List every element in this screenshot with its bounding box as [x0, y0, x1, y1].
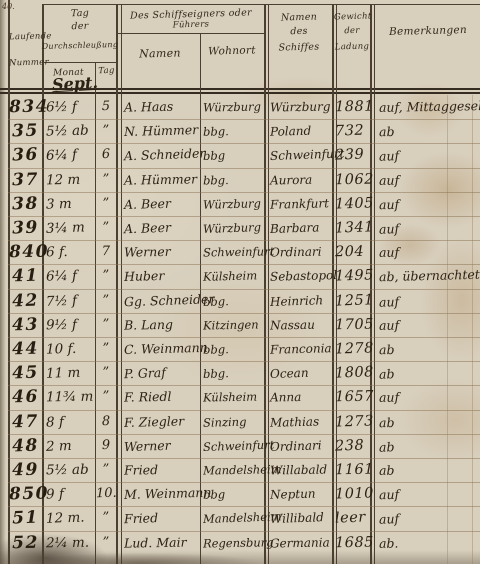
cell-bemerkung: auf [379, 385, 478, 411]
cell-wohnort: bbg. [203, 336, 264, 362]
cell-schiff: Würzburg [270, 94, 330, 119]
cell-tag: ” [96, 167, 116, 191]
cell-nr: 46 [9, 385, 42, 410]
rule-eigner-sub [116, 33, 265, 34]
cell-name: Fried [124, 505, 199, 532]
cell-zeit: 7½ f [46, 288, 95, 314]
cell-gewicht: 204 [335, 240, 369, 265]
cell-tag: ” [96, 337, 117, 362]
cell-zeit: 11¾ m [46, 385, 94, 410]
cell-tag: ” [96, 530, 116, 554]
cell-name: A. Schneider [124, 142, 199, 169]
header-tag-line1: Tag [42, 7, 118, 20]
row-divider-line [8, 168, 480, 169]
cell-bemerkung: auf [379, 312, 478, 338]
cell-tag: 5 [96, 95, 116, 119]
rule-top [42, 4, 480, 5]
cell-zeit: 6¼ f [46, 143, 95, 169]
header-sub-tag: Tag [95, 66, 118, 78]
row-divider-line [8, 385, 480, 386]
cell-tag: 7 [96, 240, 116, 264]
cell-name: Werner [124, 433, 199, 460]
cell-schiff: Barbara [270, 215, 331, 241]
cell-schiff: Willabald [270, 457, 330, 482]
cell-gewicht: 1405 [335, 191, 370, 216]
line-col3-right-a [264, 4, 266, 564]
cell-wohnort: Schweinfurt [203, 433, 264, 459]
row-divider-line [8, 192, 480, 193]
cell-nr: 850 [9, 482, 43, 507]
line-col5-right-a [370, 4, 372, 564]
cell-tag: ” [96, 458, 116, 482]
cell-wohnort: Würzburg [203, 94, 263, 119]
cell-zeit: 3 m [46, 191, 95, 216]
cell-gewicht: 1495 [335, 264, 370, 289]
cell-bemerkung: auf [379, 214, 479, 241]
row-divider-line [8, 313, 480, 314]
header-schiff-line2: des [268, 25, 330, 38]
cell-tag: ” [96, 506, 117, 531]
cell-tag: ” [96, 313, 116, 337]
cell-wohnort: Würzburg [203, 215, 264, 241]
row-divider-line [8, 434, 480, 435]
cell-tag: ” [96, 264, 117, 289]
header-bemerkungen: Bemerkungen [378, 25, 478, 39]
cell-schiff: Mathias [270, 409, 331, 435]
cell-bemerkung: ab [379, 432, 479, 459]
cell-zeit: 9½ f [46, 312, 94, 337]
cell-zeit: 6½ f [46, 95, 94, 120]
cell-tag: 6 [96, 143, 117, 168]
cell-tag: ” [96, 385, 116, 409]
cell-schiff: Franconia [270, 336, 331, 362]
cell-gewicht: 238 [335, 433, 370, 458]
line-col4-right-a [332, 4, 334, 564]
cell-bemerkung: ab [379, 118, 479, 145]
row-divider-line [8, 337, 480, 338]
cell-nr: 51 [9, 506, 43, 531]
cell-zeit: 8 f [46, 409, 95, 434]
row-divider-line [8, 361, 480, 362]
cell-tag: 10. [96, 482, 117, 507]
cell-nr: 48 [9, 433, 43, 458]
cell-schiff: Aurora [270, 167, 330, 192]
cell-tag: ” [96, 192, 117, 217]
cell-tag: ” [96, 216, 117, 241]
cell-name: P. Graf [124, 360, 199, 387]
cell-gewicht: 1705 [335, 313, 369, 338]
row-divider-line [8, 264, 480, 265]
page-corner-note: 40. [2, 2, 15, 11]
row-divider-line [8, 119, 480, 120]
row-divider-line [8, 410, 480, 411]
cell-schiff: Ocean [270, 360, 331, 386]
cell-gewicht: 1685 [335, 530, 369, 555]
cell-nr: 43 [9, 313, 42, 338]
cell-gewicht: 1341 [335, 215, 370, 240]
cell-bemerkung: ab [379, 408, 479, 435]
cell-gewicht: 1010 [335, 482, 370, 507]
cell-schiff: Frankfurt [270, 191, 331, 217]
cell-zeit: 2 m [46, 433, 95, 459]
cell-name: Fried [124, 457, 198, 482]
cell-name: F. Riedl [124, 385, 198, 410]
cell-tag: ” [96, 361, 117, 386]
line-col3-right-b [268, 4, 269, 564]
row-divider-line [8, 289, 480, 290]
cell-nr: 38 [9, 191, 43, 216]
cell-zeit: 11 m [46, 360, 95, 386]
cell-wohnort: Mandelsheim [203, 505, 264, 531]
cell-zeit: 3¼ m [46, 215, 95, 241]
cell-bemerkung: ab [379, 336, 479, 363]
cell-wohnort: bbg. [203, 167, 263, 192]
header-schiff-line1: Namen [268, 11, 330, 24]
cell-nr: 49 [9, 458, 42, 483]
cell-zeit: 9 f [46, 482, 95, 507]
cell-bemerkung: ab [379, 457, 478, 483]
cell-schiff: Schweinfurt [270, 142, 331, 168]
cell-gewicht: 1881 [335, 95, 369, 120]
cell-zeit: 12 m [46, 167, 94, 192]
cell-schiff: Germania [270, 530, 330, 555]
cell-name: A. Hümmer [124, 167, 198, 192]
cell-wohnort: Mandelsheim [203, 457, 263, 482]
cell-nr: 47 [9, 409, 43, 434]
cell-bemerkung: ab, übernachtet [379, 263, 479, 290]
row-divider-line [8, 506, 480, 507]
header-gewicht-line1: Gewicht [334, 12, 370, 24]
month-label: Sept. [52, 73, 99, 94]
cell-gewicht: 1657 [335, 385, 369, 410]
cell-bemerkung: auf [379, 167, 478, 193]
cell-name: Huber [124, 263, 199, 289]
cell-name: N. Hümmer [124, 118, 199, 144]
cell-name: C. Weinmann [124, 336, 199, 362]
cell-bemerkung: ab [379, 359, 479, 386]
line-col2-right-b [121, 4, 122, 564]
cell-tag: ” [96, 288, 117, 313]
cell-wohnort: Sinzing [203, 409, 264, 435]
header-gewicht-line2: der [334, 26, 370, 38]
cell-nr: 44 [9, 337, 43, 362]
cell-gewicht: leer [335, 506, 370, 531]
cell-wohnort: Würzburg [203, 191, 264, 217]
cell-wohnort: Schweinfurt [203, 240, 263, 265]
cell-wohnort: bbg. [203, 118, 264, 144]
cell-bemerkung: auf [379, 287, 479, 314]
cell-schiff: Ordinari [270, 433, 331, 459]
header-eigner-line2: Führers [118, 18, 264, 33]
cell-schiff: Willibald [270, 505, 331, 531]
cell-nr: 45 [9, 361, 43, 386]
cell-zeit: 6 f. [46, 240, 94, 265]
cell-bemerkung: auf [379, 505, 479, 532]
cell-bemerkung: auf [379, 239, 478, 265]
register-page: 40. Laufende Nummer Tag der Durchschleuß… [0, 0, 480, 564]
cell-schiff: Heinrich [270, 288, 331, 314]
cell-wohnort: Külsheim [203, 385, 263, 410]
cell-name: B. Lang [124, 312, 198, 337]
cell-name: A. Haas [124, 94, 198, 119]
cell-nr: 35 [9, 119, 43, 144]
cell-wohnort: bbg [203, 142, 264, 168]
row-divider-line [8, 216, 480, 217]
line-col5-right-b [374, 4, 375, 564]
cell-gewicht: 1808 [335, 361, 370, 386]
row-divider-line [8, 240, 480, 241]
cell-name: Gg. Schneider [124, 287, 199, 314]
cell-gewicht: 1062 [335, 167, 369, 192]
cell-gewicht: 1278 [335, 337, 370, 362]
cell-gewicht: 732 [335, 119, 370, 144]
cell-wohnort: bbg [203, 481, 264, 507]
header-schiff-line3: Schiffes [268, 41, 330, 54]
cell-nr: 36 [9, 143, 43, 168]
cell-zeit: 5½ ab [46, 458, 94, 483]
cell-bemerkung: auf [379, 142, 479, 169]
cell-nr: 41 [9, 264, 43, 289]
row-divider-line [8, 143, 480, 144]
row-divider-line [8, 531, 480, 532]
cell-gewicht: 1273 [335, 409, 370, 434]
header-tag-line2: der [42, 20, 118, 33]
cell-zeit: 2¼ m. [46, 530, 94, 555]
cell-wohnort: bbg. [203, 360, 264, 386]
cell-nr: 37 [9, 167, 42, 192]
rule-monat-sub [42, 62, 118, 63]
header-gewicht-line3: Ladung [334, 42, 370, 54]
cell-nr: 42 [9, 288, 43, 313]
row-divider-line [8, 482, 480, 483]
cell-bemerkung: auf [379, 191, 479, 218]
cell-schiff: Nassau [270, 312, 330, 337]
cell-schiff: Poland [270, 118, 331, 144]
cell-bemerkung: auf, Mittaggesell. [379, 94, 478, 120]
cell-nr: 834 [9, 95, 42, 120]
cell-schiff: Sebastopol [270, 264, 331, 290]
cell-wohnort: Kitzingen [203, 312, 263, 337]
cell-schiff: Ordinari [270, 240, 330, 265]
header-tag-line3: Durchschleußung [41, 39, 119, 52]
cell-gewicht: 239 [335, 143, 370, 168]
cell-zeit: 12 m. [46, 506, 95, 532]
row-divider-line [8, 458, 480, 459]
cell-name: Werner [124, 240, 198, 265]
cell-nr: 840 [9, 240, 42, 265]
cell-bemerkung: ab. [379, 530, 478, 556]
cell-zeit: 6¼ f [46, 264, 95, 289]
cell-gewicht: 1251 [335, 288, 370, 313]
cell-nr: 39 [9, 215, 43, 240]
cell-wohnort: bbg. [203, 288, 264, 314]
cell-schiff: Neptun [270, 481, 331, 507]
header-sub-wohnort: Wohnort [202, 45, 262, 58]
cell-name: M. Weinmann [124, 481, 199, 507]
cell-name: F. Ziegler [124, 409, 199, 435]
cell-tag: ” [96, 119, 117, 144]
cell-nr: 52 [9, 530, 42, 555]
header-laufende-line1: Laufende [9, 32, 41, 44]
header-laufende-line2: Nummer [9, 58, 41, 70]
cell-tag: 8 [96, 409, 117, 434]
cell-wohnort: Regensburg [203, 530, 263, 555]
cell-name: Lud. Mair [124, 530, 198, 555]
header-sub-namen: Namen [122, 47, 198, 60]
cell-schiff: Anna [270, 385, 330, 410]
cell-name: A. Beer [124, 215, 199, 242]
cell-gewicht: 1161 [335, 458, 369, 483]
cell-zeit: 10 f. [46, 336, 95, 361]
cell-zeit: 5½ ab [46, 119, 95, 144]
cell-wohnort: Külsheim [203, 264, 264, 290]
cell-name: A. Beer [124, 191, 199, 217]
cell-tag: 9 [96, 433, 117, 458]
cell-bemerkung: auf [379, 481, 479, 508]
